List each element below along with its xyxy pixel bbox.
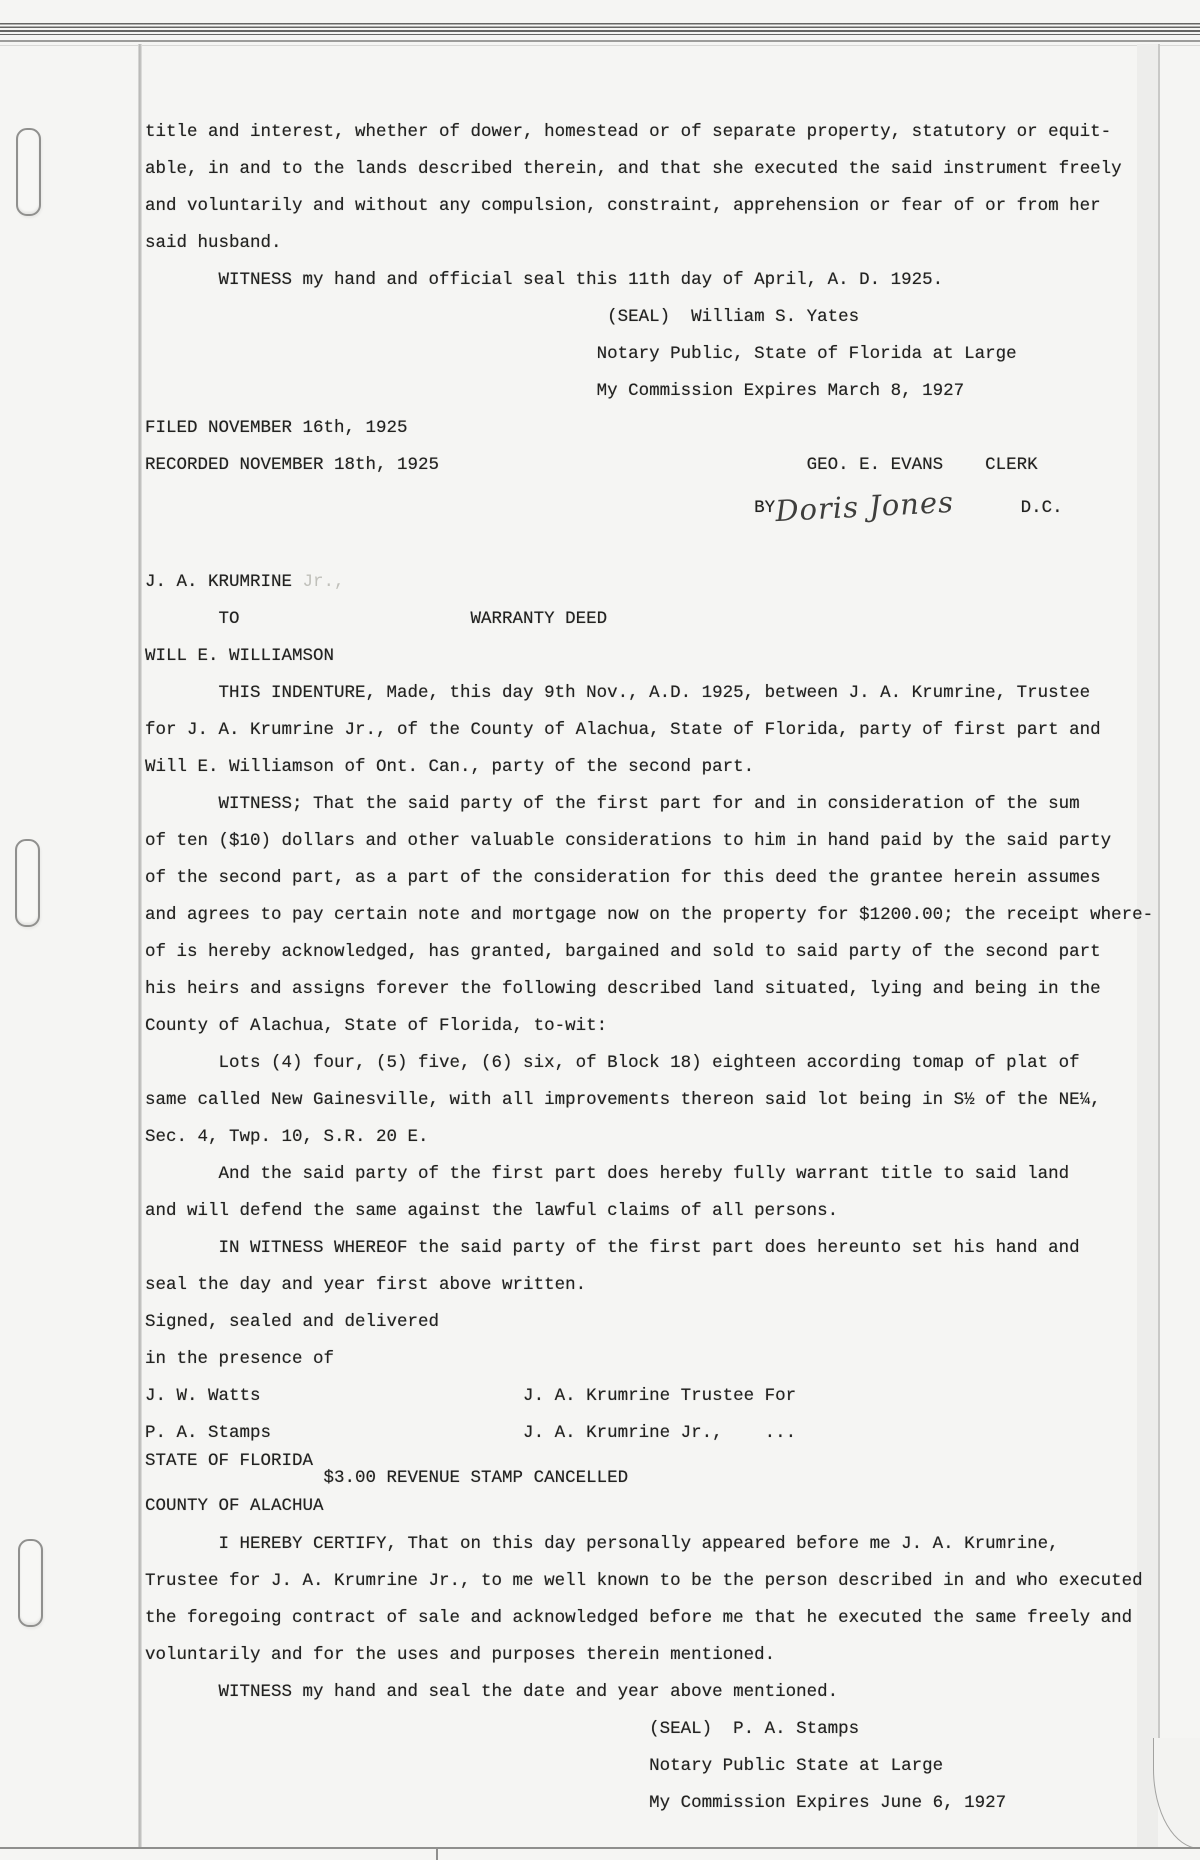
punch-hole xyxy=(18,1539,43,1627)
document-text: title and interest, whether of dower, ho… xyxy=(145,114,1185,1822)
faint-text: Jr., xyxy=(303,572,345,592)
handwritten-signature: Doris Jones xyxy=(774,481,1011,530)
text-line: WITNESS; That the said party of the firs… xyxy=(145,786,1185,823)
text-line: THIS INDENTURE, Made, this day 9th Nov.,… xyxy=(145,675,1185,712)
text-line: seal the day and year first above writte… xyxy=(145,1267,1185,1304)
text-line: WITNESS my hand and seal the date and ye… xyxy=(145,1674,1185,1711)
text-line: County of Alachua, State of Florida, to-… xyxy=(145,1008,1185,1045)
text-line: WILL E. WILLIAMSON xyxy=(145,638,1185,675)
text-line: for J. A. Krumrine Jr., of the County of… xyxy=(145,712,1185,749)
text-line: and agrees to pay certain note and mortg… xyxy=(145,897,1185,934)
text-line xyxy=(145,527,1185,564)
text-line: and will defend the same against the law… xyxy=(145,1193,1185,1230)
text-line: Notary Public State at Large xyxy=(145,1748,1185,1785)
text-line: Notary Public, State of Florida at Large xyxy=(145,336,1185,373)
punch-hole xyxy=(15,839,40,927)
text-line: same called New Gainesville, with all im… xyxy=(145,1082,1185,1119)
text-line: IN WITNESS WHEREOF the said party of the… xyxy=(145,1230,1185,1267)
text-line: in the presence of xyxy=(145,1341,1185,1378)
text-line: Trustee for J. A. Krumrine Jr., to me we… xyxy=(145,1563,1185,1600)
sheet-left-edge xyxy=(138,44,142,1848)
text-line: Will E. Williamson of Ont. Can., party o… xyxy=(145,749,1185,786)
text-line: I HEREBY CERTIFY, That on this day perso… xyxy=(145,1526,1185,1563)
binding-edge-shadow xyxy=(0,45,1200,46)
page-bottom-tick xyxy=(436,1847,438,1860)
text-line: of is hereby acknowledged, has granted, … xyxy=(145,934,1185,971)
text-line: said husband. xyxy=(145,225,1185,262)
text-line: COUNTY OF ALACHUA xyxy=(145,1487,1185,1526)
text-line: (SEAL) P. A. Stamps xyxy=(145,1711,1185,1748)
text-line: the foregoing contract of sale and ackno… xyxy=(145,1600,1185,1637)
text-line: able, in and to the lands described ther… xyxy=(145,151,1185,188)
text-line: voluntarily and for the uses and purpose… xyxy=(145,1637,1185,1674)
text-line: $3.00 REVENUE STAMP CANCELLED xyxy=(145,1470,1185,1487)
punch-hole xyxy=(16,128,41,216)
binding-edge-lines xyxy=(0,23,1200,35)
scanned-page: title and interest, whether of dower, ho… xyxy=(0,0,1200,1860)
text-line: (SEAL) William S. Yates xyxy=(145,299,1185,336)
text-line: My Commission Expires June 6, 1927 xyxy=(145,1785,1185,1822)
text-line: title and interest, whether of dower, ho… xyxy=(145,114,1185,151)
text-line: My Commission Expires March 8, 1927 xyxy=(145,373,1185,410)
text-line: his heirs and assigns forever the follow… xyxy=(145,971,1185,1008)
binding-edge-line xyxy=(0,40,1200,42)
text-line: J. W. Watts J. A. Krumrine Trustee For xyxy=(145,1378,1185,1415)
text-line: BYDoris Jones D.C. xyxy=(145,484,1185,527)
text-line: FILED NOVEMBER 16th, 1925 xyxy=(145,410,1185,447)
text-line: Lots (4) four, (5) five, (6) six, of Blo… xyxy=(145,1045,1185,1082)
text-line: Signed, sealed and delivered xyxy=(145,1304,1185,1341)
text-line: TO WARRANTY DEED xyxy=(145,601,1185,638)
text-line: J. A. KRUMRINE Jr., xyxy=(145,564,1185,601)
text-line: And the said party of the first part doe… xyxy=(145,1156,1185,1193)
text-line: of ten ($10) dollars and other valuable … xyxy=(145,823,1185,860)
text-line: P. A. Stamps J. A. Krumrine Jr., ... xyxy=(145,1415,1185,1452)
text-line: Sec. 4, Twp. 10, S.R. 20 E. xyxy=(145,1119,1185,1156)
text-line: of the second part, as a part of the con… xyxy=(145,860,1185,897)
text-line: WITNESS my hand and official seal this 1… xyxy=(145,262,1185,299)
page-bottom-edge xyxy=(0,1847,1200,1849)
text-line: and voluntarily and without any compulsi… xyxy=(145,188,1185,225)
text-line: RECORDED NOVEMBER 18th, 1925 GEO. E. EVA… xyxy=(145,447,1185,484)
